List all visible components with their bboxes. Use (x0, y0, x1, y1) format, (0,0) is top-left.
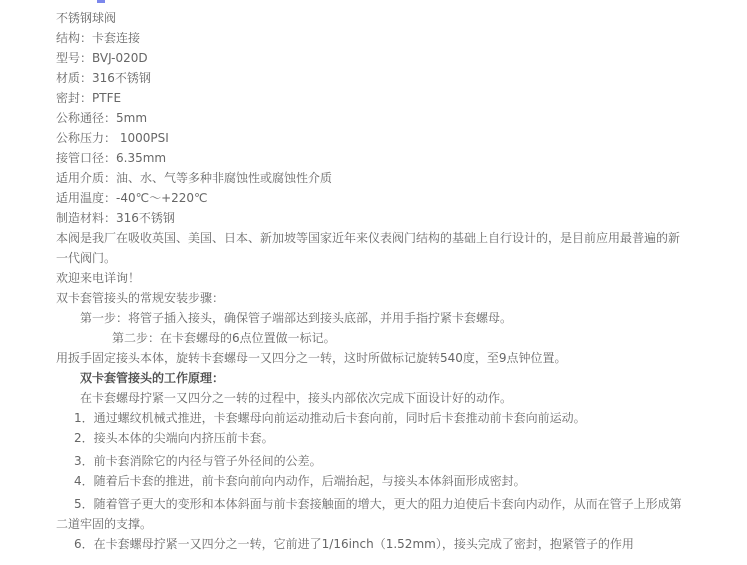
text-line: 用扳手固定接头本体，旋转卡套螺母一又四分之一转，这时所做标记旋转540度，至9点… (56, 348, 741, 368)
clipped-element-fragment (97, 0, 105, 3)
text-line: 欢迎来电详询！ (56, 268, 741, 288)
text-line: 第二步：在卡套螺母的6点位置做一标记。 (112, 328, 741, 348)
text-line: 一代阀门。 (56, 248, 741, 268)
text-line: 结构：卡套连接 (56, 28, 741, 48)
text-line: 5．随着管子更大的变形和本体斜面与前卡套接触面的增大，更大的阻力迫使后卡套向内动… (74, 494, 741, 514)
text-line: 型号：BVJ-020D (56, 48, 741, 68)
text-line: 不锈钢球阀 (56, 8, 741, 28)
text-line: 适用介质：油、水、气等多种非腐蚀性或腐蚀性介质 (56, 168, 741, 188)
text-line: 制造材料：316不锈钢 (56, 208, 741, 228)
text-line: 公称通径：5mm (56, 108, 741, 128)
text-line: 公称压力： 1000PSI (56, 128, 741, 148)
text-line: 接管口径：6.35mm (56, 148, 741, 168)
text-line: 本阀是我厂在吸收英国、美国、日本、新加坡等国家近年来仪表阀门结构的基础上自行设计… (56, 228, 741, 248)
text-line: 密封：PTFE (56, 88, 741, 108)
text-line: 双卡套管接头的常规安装步骤： (56, 288, 741, 308)
text-line: 适用温度：-40℃～+220℃ (56, 188, 741, 208)
text-line: 1．通过螺纹机械式推进，卡套螺母向前运动推动后卡套向前，同时后卡套推动前卡套向前… (74, 408, 741, 428)
text-line: 在卡套螺母拧紧一又四分之一转的过程中，接头内部依次完成下面设计好的动作。 (80, 388, 741, 408)
text-line: 6．在卡套螺母拧紧一又四分之一转，它前进了1/16inch（1.52mm），接头… (74, 534, 741, 554)
text-line: 2．接头本体的尖端向内挤压前卡套。 (74, 428, 741, 448)
text-line: 3．前卡套消除它的内径与管子外径间的公差。 (74, 451, 741, 471)
text-line: 第一步：将管子插入接头，确保管子端部达到接头底部，并用手指拧紧卡套螺母。 (80, 308, 741, 328)
text-line: 双卡套管接头的工作原理： (80, 368, 741, 388)
product-description-page: 不锈钢球阀结构：卡套连接型号：BVJ-020D材质：316不锈钢密封：PTFE公… (0, 0, 747, 565)
text-line: 材质：316不锈钢 (56, 68, 741, 88)
text-line: 4．随着后卡套的推进，前卡套向前向内动作，后端抬起，与接头本体斜面形成密封。 (74, 471, 741, 491)
document-body: 不锈钢球阀结构：卡套连接型号：BVJ-020D材质：316不锈钢密封：PTFE公… (56, 8, 741, 554)
text-line: 二道牢固的支撑。 (56, 514, 741, 534)
